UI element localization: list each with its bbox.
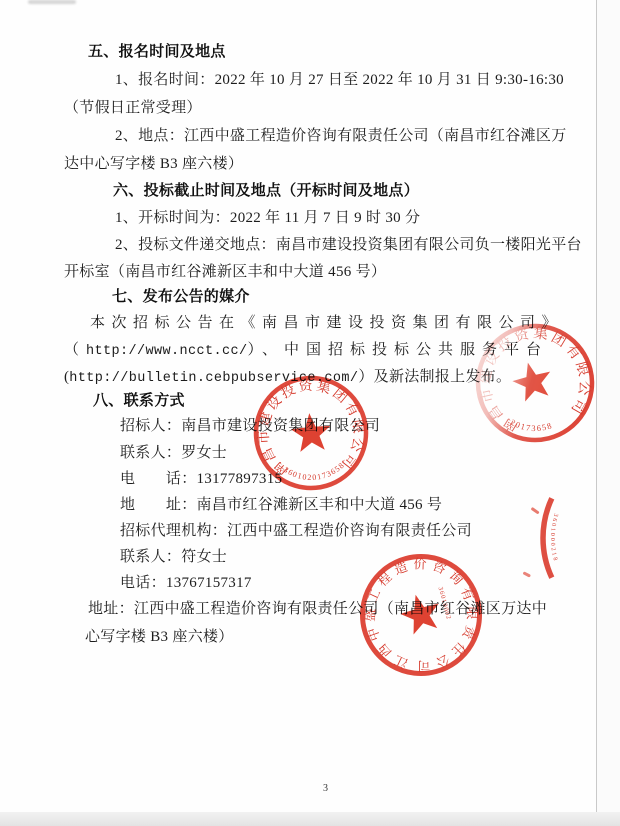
seal-ink-fragment bbox=[531, 507, 540, 515]
doc-line: 1、报名时间：2022 年 10 月 27 日至 2022 年 10 月 31 … bbox=[115, 71, 564, 89]
section-heading-5: 五、报名时间及地点 bbox=[88, 43, 226, 61]
document-page: 五、报名时间及地点 1、报名时间：2022 年 10 月 27 日至 2022 … bbox=[0, 0, 596, 813]
doc-line: 招标代理机构：江西中盛工程造价咨询有限责任公司 bbox=[120, 522, 472, 540]
page-number: 3 bbox=[323, 783, 328, 794]
doc-line: 达中心写字楼 B3 座六楼） bbox=[64, 155, 243, 173]
partial-seal-arc: 3601000218 bbox=[517, 477, 596, 601]
seal-star-icon bbox=[509, 358, 556, 403]
svg-text:3601000218: 3601000218 bbox=[549, 513, 559, 563]
doc-line: （节假日正常受理） bbox=[64, 99, 202, 117]
doc-line: 1、开标时间为：2022 年 11 月 7 日 9 时 30 分 bbox=[115, 209, 420, 227]
doc-line: 心写字楼 B3 座六楼） bbox=[85, 628, 234, 646]
section-heading-8: 八、联系方式 bbox=[93, 392, 185, 410]
seal-ink-fragment bbox=[523, 571, 531, 577]
seal-code-text: 36010002 bbox=[437, 586, 453, 621]
scan-shadow-bottom bbox=[0, 812, 620, 826]
doc-line: 联系人：罗女士 bbox=[120, 444, 227, 462]
doc-line: 地 址：南昌市红谷滩新区丰和中大道 456 号 bbox=[120, 496, 442, 514]
seal-star-icon bbox=[396, 590, 444, 637]
seal-code-text: 3601000218 bbox=[549, 513, 559, 563]
owner-company-seal: 南昌市建设投资集团有限公司 3601020173658 bbox=[247, 367, 375, 499]
scan-smudge bbox=[28, 0, 76, 4]
doc-line: 开标室（南昌市红谷滩新区丰和中大道 456 号） bbox=[64, 263, 386, 281]
section-heading-6: 六、投标截止时间及地点（开标时间及地点） bbox=[113, 182, 419, 200]
seal-star-icon bbox=[289, 411, 332, 452]
section-heading-7: 七、发布公告的媒介 bbox=[112, 288, 250, 306]
doc-line: 联系人：符女士 bbox=[120, 548, 227, 566]
doc-text: （ bbox=[64, 342, 86, 358]
doc-line: 电话：13767157317 bbox=[120, 574, 252, 592]
doc-line: 2、地点：江西中盛工程造价咨询有限责任公司（南昌市红谷滩区万 bbox=[115, 127, 567, 145]
agency-company-seal: 江西中盛工程造价咨询有限责任公司 36010002 bbox=[340, 534, 502, 696]
doc-line: 2、投标文件递交地点：南昌市建设投资集团有限公司负一楼阳光平台 bbox=[115, 236, 582, 254]
url-text: http://www.ncct.cc/ bbox=[86, 344, 248, 359]
scan-background-right bbox=[597, 0, 620, 813]
